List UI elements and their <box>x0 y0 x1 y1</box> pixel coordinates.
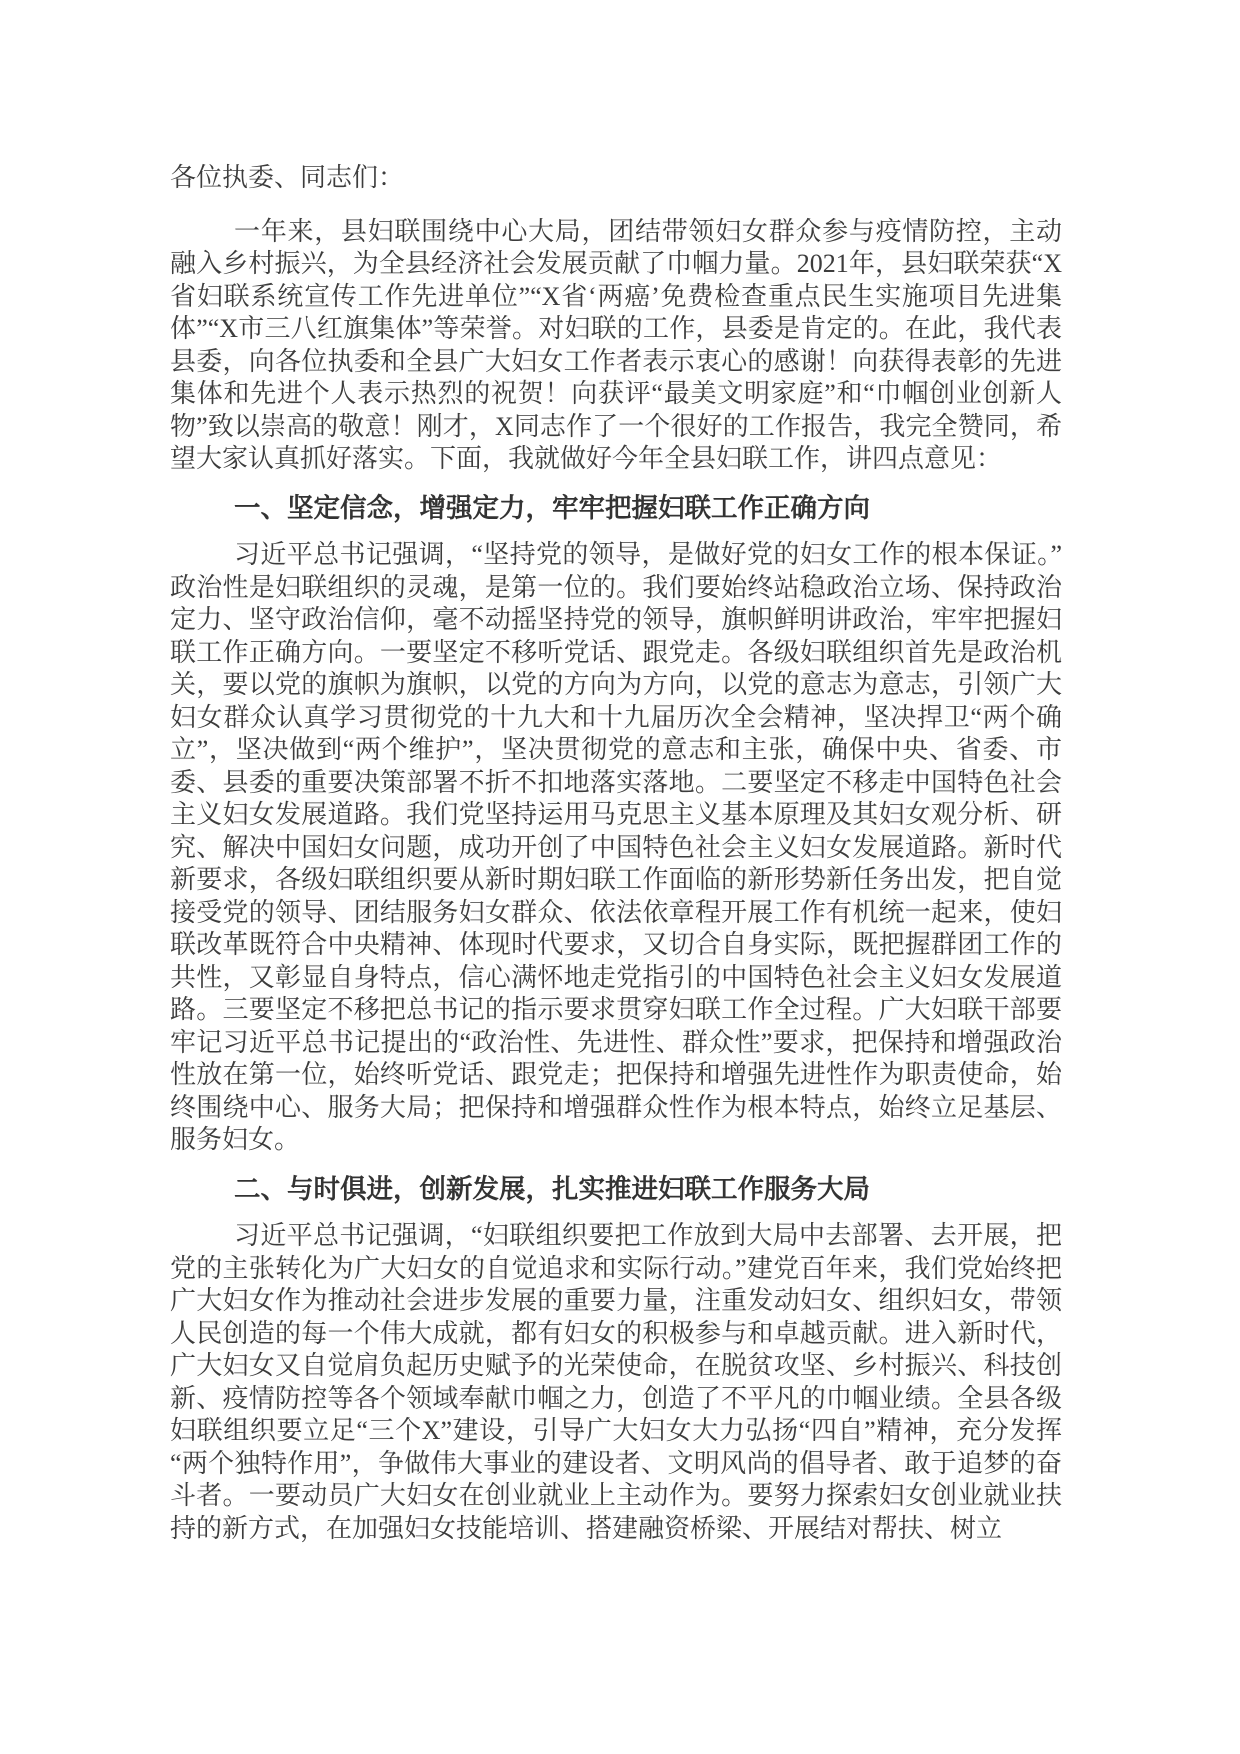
intro-paragraph: 一年来，县妇联围绕中心大局，团结带领妇女群众参与疫情防控，主动融入乡村振兴，为全… <box>170 216 1062 476</box>
greeting-line: 各位执委、同志们： <box>170 162 1062 195</box>
section-heading-2: 二、与时俱进，创新发展，扎实推进妇联工作服务大局 <box>170 1173 1062 1206</box>
section-1-paragraph: 习近平总书记强调，“坚持党的领导，是做好党的妇女工作的根本保证。”政治性是妇联组… <box>170 539 1062 1157</box>
section-heading-1: 一、坚定信念，增强定力，牢牢把握妇联工作正确方向 <box>170 492 1062 525</box>
section-2-paragraph: 习近平总书记强调，“妇联组织要把工作放到大局中去部署、去开展，把党的主张转化为广… <box>170 1220 1062 1545</box>
document-page: 各位执委、同志们： 一年来，县妇联围绕中心大局，团结带领妇女群众参与疫情防控，主… <box>0 0 1240 1754</box>
